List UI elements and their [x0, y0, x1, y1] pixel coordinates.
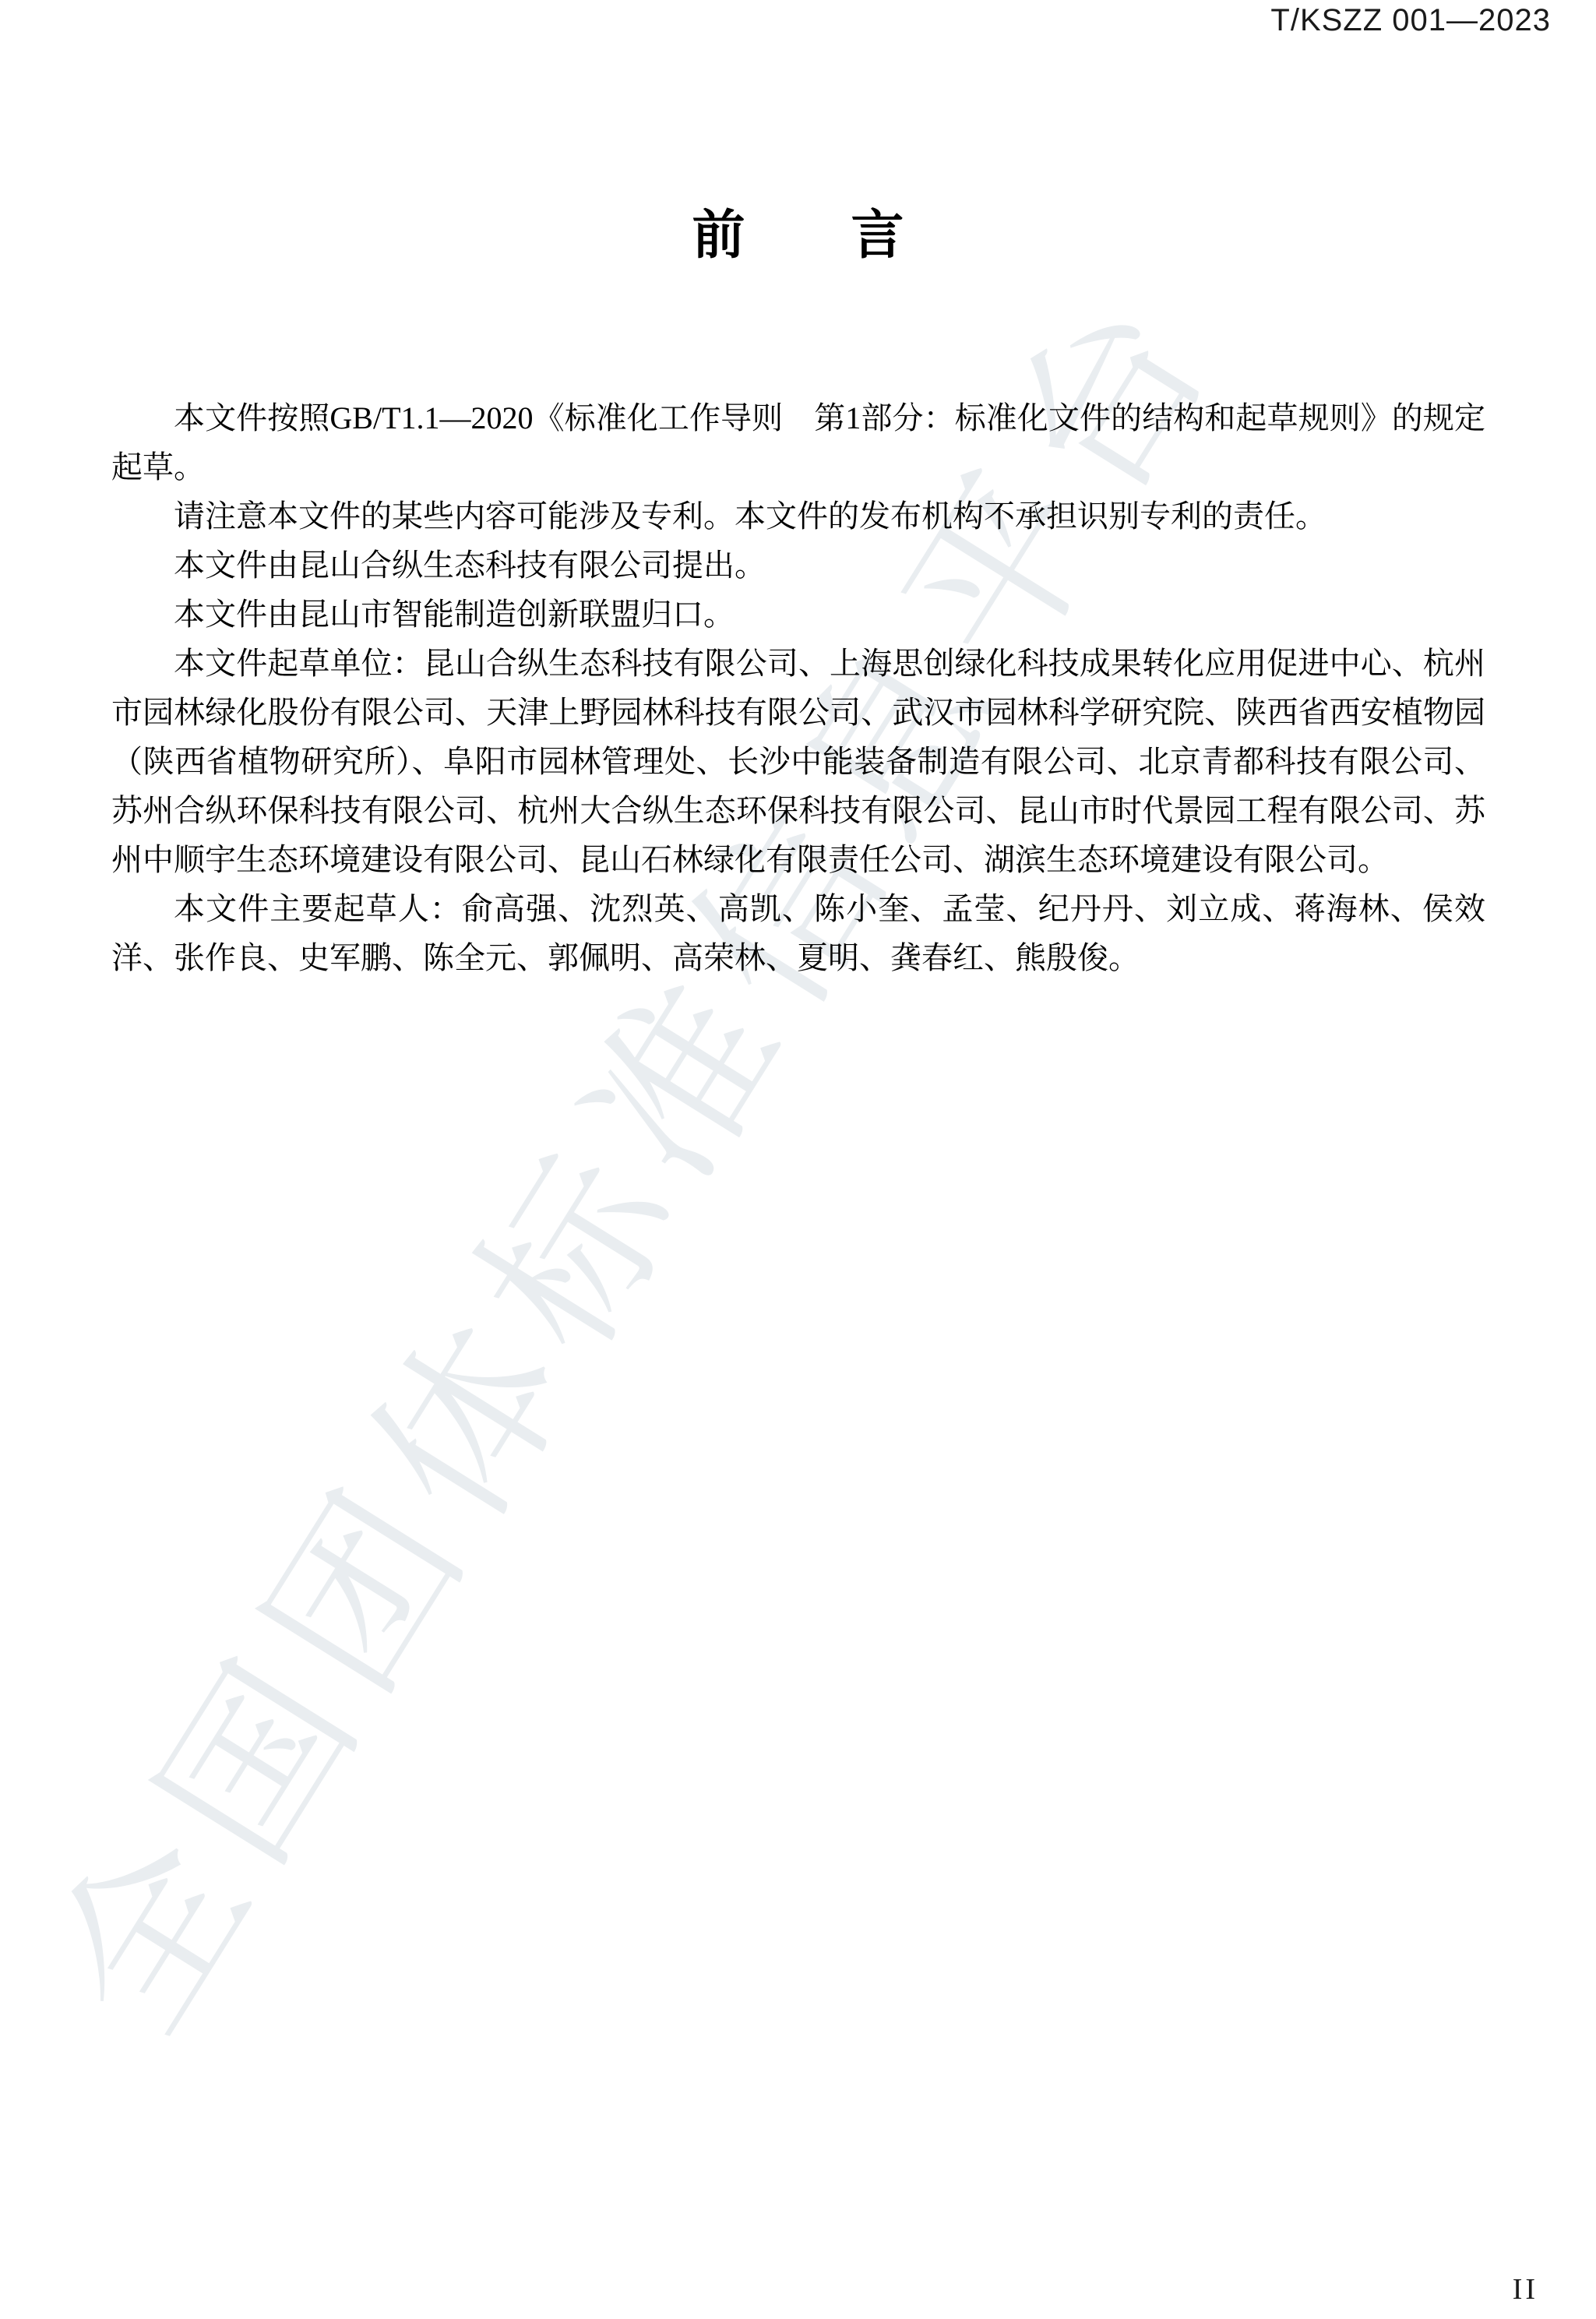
paragraph-proposed-by: 本文件由昆山合纵生态科技有限公司提出。	[111, 541, 1485, 590]
page-number: II	[1513, 2272, 1538, 2307]
foreword-body: 本文件按照GB/T1.1—2020《标准化工作导则 第1部分：标准化文件的结构和…	[111, 393, 1485, 982]
paragraph-drafting-organizations: 本文件起草单位：昆山合纵生态科技有限公司、上海思创绿化科技成果转化应用促进中心、…	[111, 639, 1485, 884]
page-title: 前 言	[0, 193, 1596, 269]
paragraph-patent-notice: 请注意本文件的某些内容可能涉及专利。本文件的发布机构不承担识别专利的责任。	[111, 492, 1485, 541]
document-page: 全国团体标准信息平台 T/KSZZ 001—2023 前 言 本文件按照GB/T…	[0, 0, 1596, 2319]
paragraph-under-jurisdiction: 本文件由昆山市智能制造创新联盟归口。	[111, 590, 1485, 639]
paragraph-standard-basis: 本文件按照GB/T1.1—2020《标准化工作导则 第1部分：标准化文件的结构和…	[111, 393, 1485, 492]
paragraph-main-drafters: 本文件主要起草人：俞高强、沈烈英、高凯、陈小奎、孟莹、纪丹丹、刘立成、蒋海林、侯…	[111, 884, 1485, 982]
document-number: T/KSZZ 001—2023	[1270, 3, 1551, 38]
